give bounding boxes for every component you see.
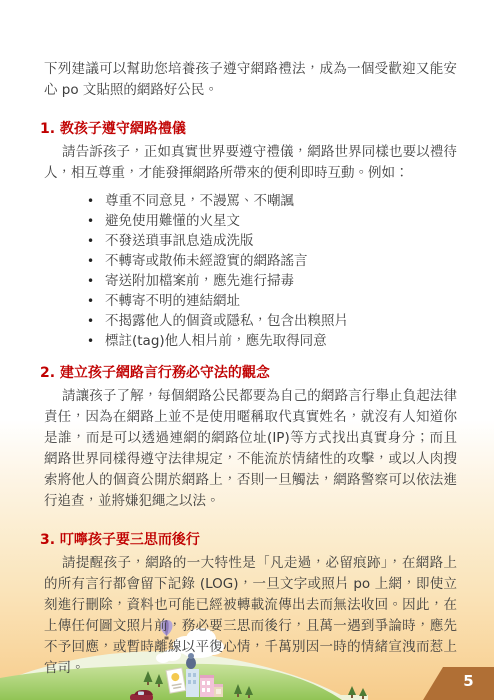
page-body: 下列建議可以幫助您培養孩子遵守網路禮法，成為一個受歡迎又能安心 po 文貼照的網… <box>0 0 494 679</box>
list-item: 尊重不同意見，不謾罵、不嘲諷 <box>85 191 457 211</box>
section-1-heading: 1. 教孩子遵守網路禮儀 <box>40 119 457 140</box>
list-item: 寄送附加檔案前，應先進行掃毒 <box>85 271 457 291</box>
document-page: { "intro": "下列建議可以幫助您培養孩子遵守網路禮法，成為一個受歡迎又… <box>0 0 494 700</box>
page-number: 5 <box>443 669 494 693</box>
list-item: 標註(tag)他人相片前，應先取得同意 <box>85 331 457 351</box>
section-3-heading: 3. 叮嚀孩子要三思而後行 <box>40 530 457 551</box>
section-2-paragraph: 請讓孩子了解，每個網路公民都要為自己的網路言行舉止負起法律責任，因為在網路上並不… <box>44 386 457 512</box>
list-item: 不發送瑣事訊息造成洗版 <box>85 231 457 251</box>
intro-paragraph: 下列建議可以幫助您培養孩子遵守網路禮法，成為一個受歡迎又能安心 po 文貼照的網… <box>44 59 457 101</box>
section-1-paragraph: 請告訴孩子，正如真實世界要遵守禮儀，網路世界同樣也要以禮待人，相互尊重，才能發揮… <box>44 142 457 184</box>
list-item: 不揭露他人的個資或隱私，包含出糗照片 <box>85 311 457 331</box>
section-2-heading: 2. 建立孩子網路言行務必守法的觀念 <box>40 363 457 384</box>
section-3-paragraph: 請提醒孩子，網路的一大特性是「凡走過，必留痕跡」，在網路上的所有言行都會留下記錄… <box>44 553 457 679</box>
list-item: 不轉寄不明的連結網址 <box>85 291 457 311</box>
list-item: 避免使用難懂的火星文 <box>85 211 457 231</box>
etiquette-bullet-list: 尊重不同意見，不謾罵、不嘲諷 避免使用難懂的火星文 不發送瑣事訊息造成洗版 不轉… <box>44 191 457 351</box>
list-item: 不轉寄或散佈未經證實的網路謠言 <box>85 251 457 271</box>
